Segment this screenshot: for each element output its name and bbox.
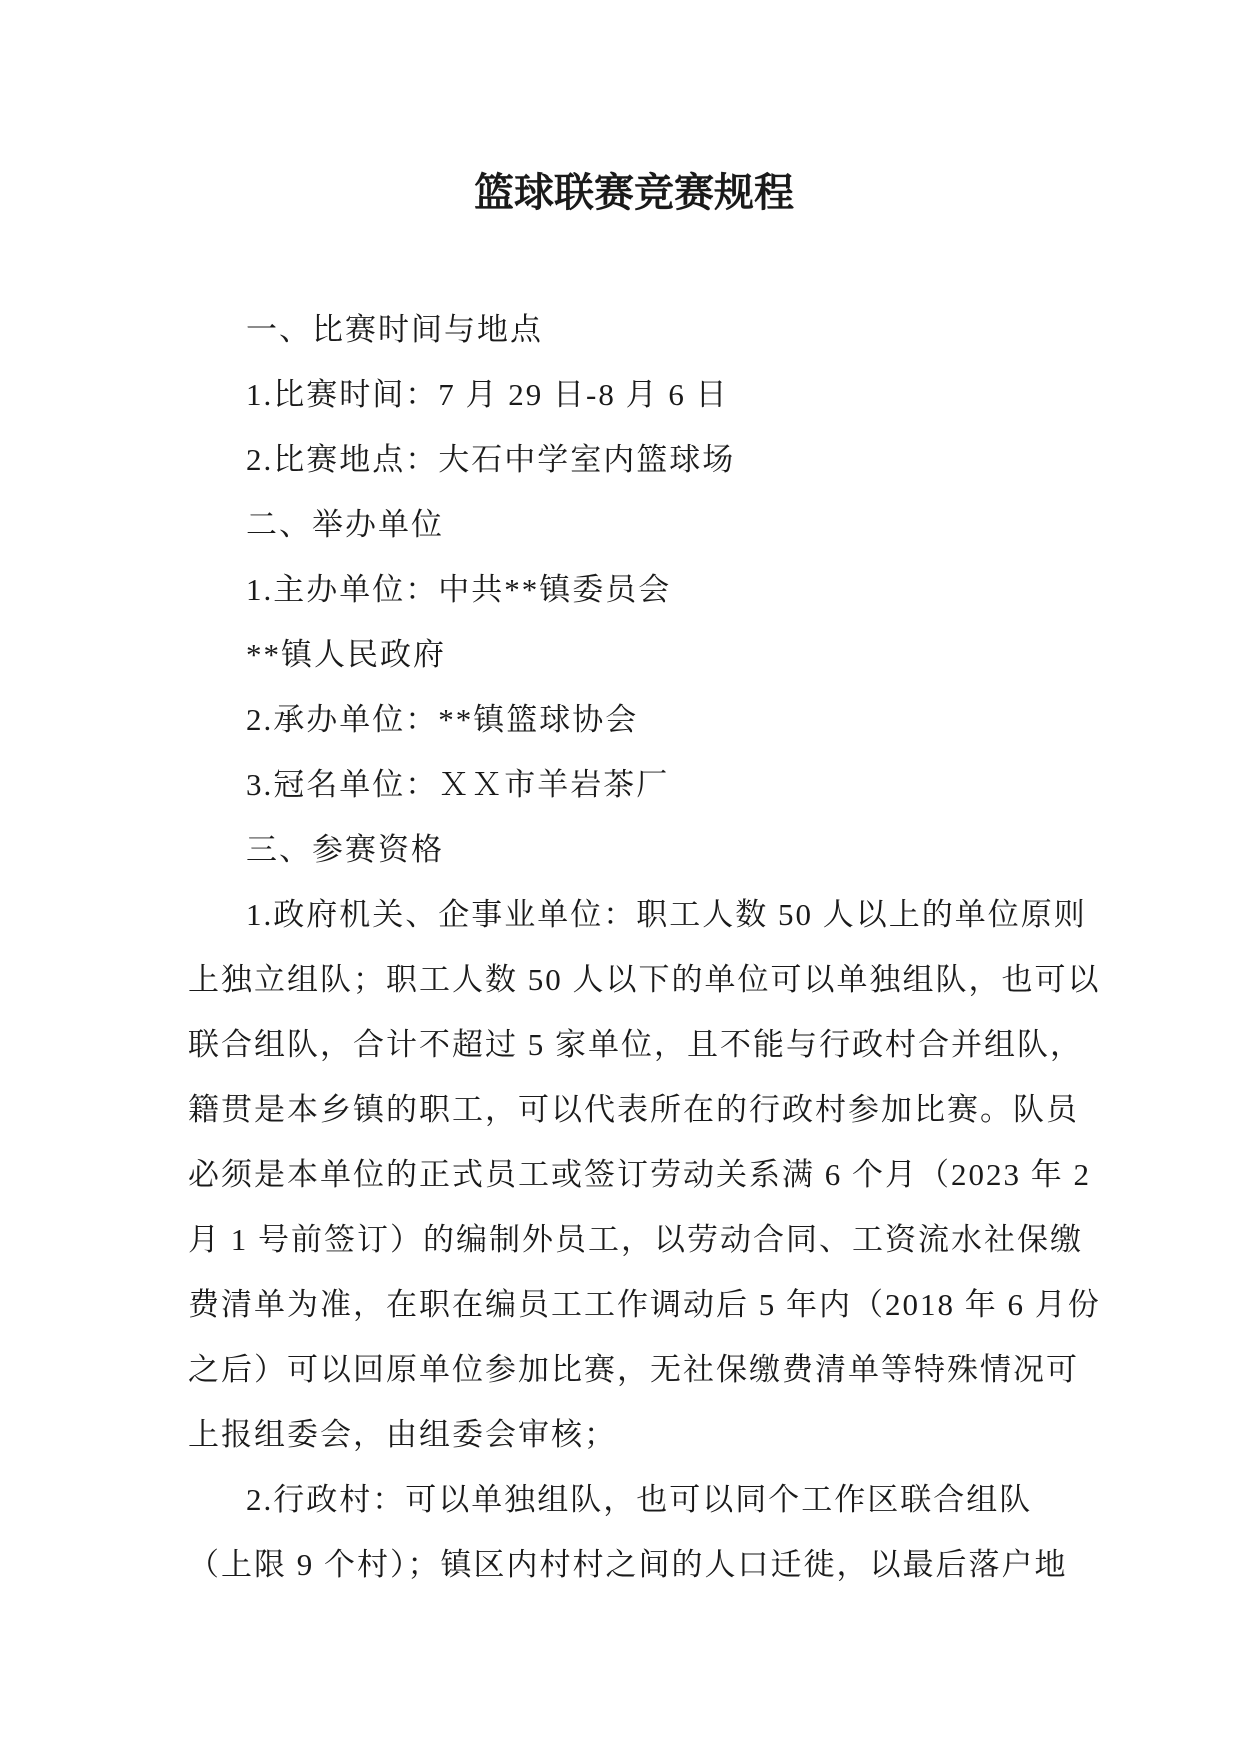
text-line: 3.冠名单位：ＸＸ市羊岩茶厂 <box>188 752 1083 817</box>
document-body: 一、比赛时间与地点1.比赛时间：7 月 29 日-8 月 6 日2.比赛地点：大… <box>188 297 1083 1597</box>
text-line: 联合组队，合计不超过 5 家单位，且不能与行政村合并组队， <box>188 1012 1083 1077</box>
text-line: （上限 9 个村）；镇区内村村之间的人口迁徙，以最后落户地 <box>188 1532 1083 1597</box>
text-line: 必须是本单位的正式员工或签订劳动关系满 6 个月（2023 年 2 <box>188 1142 1083 1207</box>
text-line: 费清单为准，在职在编员工工作调动后 5 年内（2018 年 6 月份 <box>188 1272 1083 1337</box>
text-line: 上独立组队；职工人数 50 人以下的单位可以单独组队，也可以 <box>188 947 1083 1012</box>
text-line: 月 1 号前签订）的编制外员工，以劳动合同、工资流水社保缴 <box>188 1207 1083 1272</box>
text-line: 2.行政村：可以单独组队，也可以同个工作区联合组队 <box>188 1467 1083 1532</box>
text-line: 二、举办单位 <box>188 492 1083 557</box>
document-title: 篮球联赛竞赛规程 <box>188 163 1080 223</box>
text-line: 之后）可以回原单位参加比赛，无社保缴费清单等特殊情况可 <box>188 1337 1083 1402</box>
text-line: 1.主办单位：中共**镇委员会 <box>188 557 1083 622</box>
text-line: 上报组委会，由组委会审核； <box>188 1402 1083 1467</box>
text-line: 2.比赛地点：大石中学室内篮球场 <box>188 427 1083 492</box>
text-line: **镇人民政府 <box>188 622 1083 687</box>
text-line: 籍贯是本乡镇的职工，可以代表所在的行政村参加比赛。队员 <box>188 1077 1083 1142</box>
text-line: 三、参赛资格 <box>188 817 1083 882</box>
text-line: 2.承办单位：**镇篮球协会 <box>188 687 1083 752</box>
document-page: 篮球联赛竞赛规程 一、比赛时间与地点1.比赛时间：7 月 29 日-8 月 6 … <box>0 0 1240 1753</box>
text-line: 1.政府机关、企事业单位：职工人数 50 人以上的单位原则 <box>188 882 1083 947</box>
text-line: 1.比赛时间：7 月 29 日-8 月 6 日 <box>188 362 1083 427</box>
text-line: 一、比赛时间与地点 <box>188 297 1083 362</box>
